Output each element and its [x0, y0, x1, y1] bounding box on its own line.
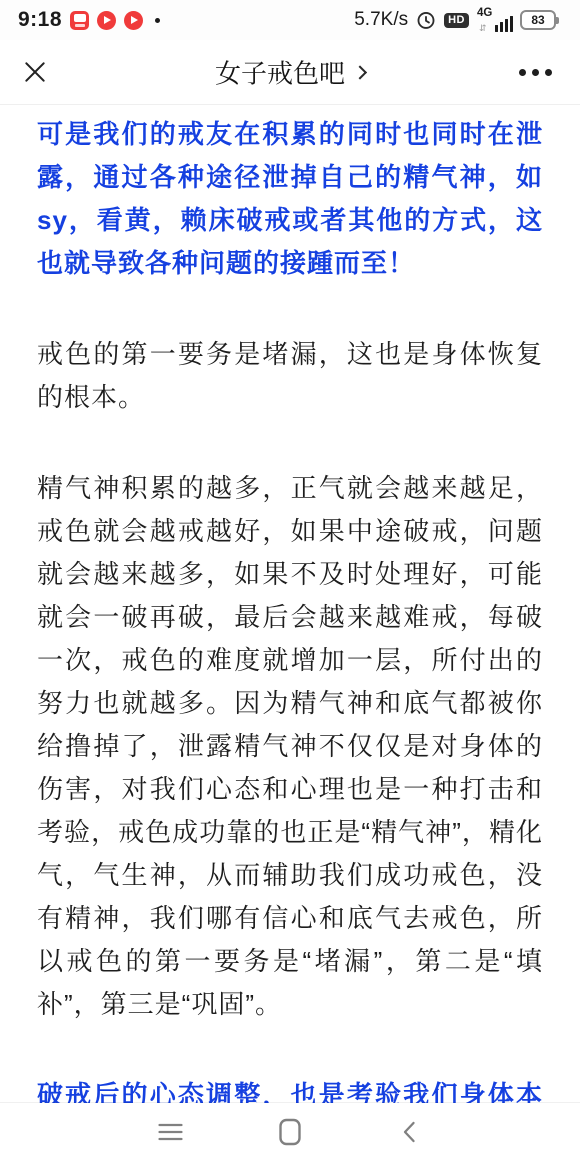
paragraph: 戒色的第一要务是堵漏，这也是身体恢复的根本。 — [37, 333, 543, 419]
phone-screen: 9:18 5.7K/s HD 4G ⇵ — [0, 0, 580, 1160]
battery-percent: 83 — [531, 13, 544, 27]
recents-button[interactable] — [110, 1121, 230, 1143]
battery-icon: 83 — [520, 10, 556, 30]
notification-dot-icon — [155, 18, 160, 23]
signal-bars-icon — [495, 16, 514, 32]
play-triangle-icon — [131, 16, 138, 24]
article-body: 可是我们的戒友在积累的同时也同时在泄露，通过各种途径泄掉自己的精气神，如sy，看… — [0, 105, 580, 1160]
video-play-icon — [97, 11, 116, 30]
page-title: 女子戒色吧 — [215, 54, 345, 91]
kandian-app-icon — [70, 11, 89, 30]
kandian-icon-bar — [75, 24, 85, 27]
status-bar-left: 9:18 — [18, 8, 160, 32]
video-play-icon — [124, 11, 143, 30]
paragraph: 可是我们的戒友在积累的同时也同时在泄露，通过各种途径泄掉自己的精气神，如sy，看… — [37, 113, 543, 285]
more-menu-icon[interactable] — [519, 63, 552, 82]
chevron-right-icon — [353, 65, 367, 79]
paragraph: 精气神积累的越多，正气就会越来越足，戒色就会越戒越好，如果中途破戒，问题就会越来… — [37, 467, 543, 1026]
hd-voice-icon: HD — [444, 13, 469, 28]
back-button[interactable] — [350, 1120, 470, 1144]
system-nav-bar — [0, 1103, 580, 1160]
play-triangle-icon — [104, 16, 111, 24]
data-arrows-icon: ⇵ — [479, 24, 487, 33]
nav-bar: 女子戒色吧 — [0, 40, 580, 105]
home-button[interactable] — [230, 1118, 350, 1146]
alarm-clock-icon — [415, 9, 437, 31]
forum-title-link[interactable]: 女子戒色吧 — [215, 54, 365, 91]
network-speed: 5.7K/s — [354, 9, 408, 31]
clock-time: 9:18 — [18, 8, 62, 32]
status-bar-right: 5.7K/s HD 4G ⇵ 83 — [354, 8, 560, 33]
close-icon[interactable] — [22, 59, 48, 85]
cellular-signal-icon: 4G ⇵ — [476, 8, 513, 33]
status-bar: 9:18 5.7K/s HD 4G ⇵ — [0, 0, 580, 40]
kandian-icon-card — [74, 14, 86, 22]
network-type-label: 4G — [477, 7, 492, 19]
